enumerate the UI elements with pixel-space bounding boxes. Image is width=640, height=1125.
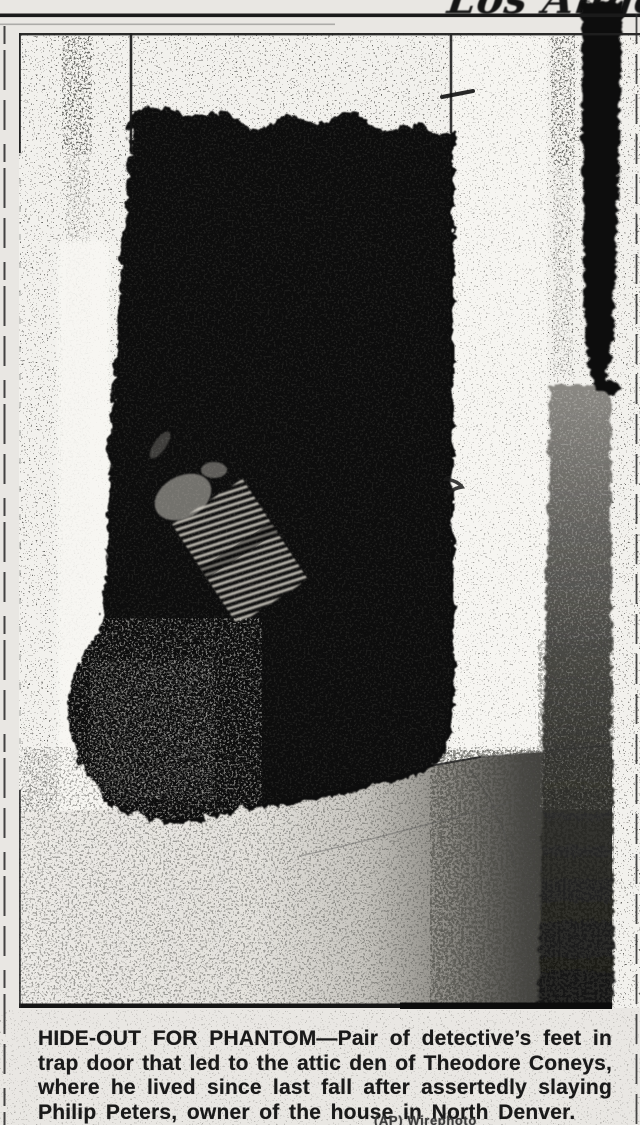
caption-line: HIDE-OUT FOR PHANTOM—Pair of detective’s… — [38, 1027, 612, 1052]
masthead-rule — [0, 14, 640, 26]
caption-line: where he lived since last fall after ass… — [38, 1076, 612, 1101]
wirephoto-credit: (AP) Wirephoto — [374, 1113, 477, 1125]
news-photo — [0, 0, 640, 1125]
caption-line: Philip Peters, owner of the house in Nor… — [38, 1101, 612, 1125]
caption-line: trap door that led to the attic den of T… — [38, 1052, 612, 1077]
newspaper-clipping: Los Angel — [0, 0, 640, 1125]
photo-caption: HIDE-OUT FOR PHANTOM—Pair of detective’s… — [38, 1027, 612, 1125]
